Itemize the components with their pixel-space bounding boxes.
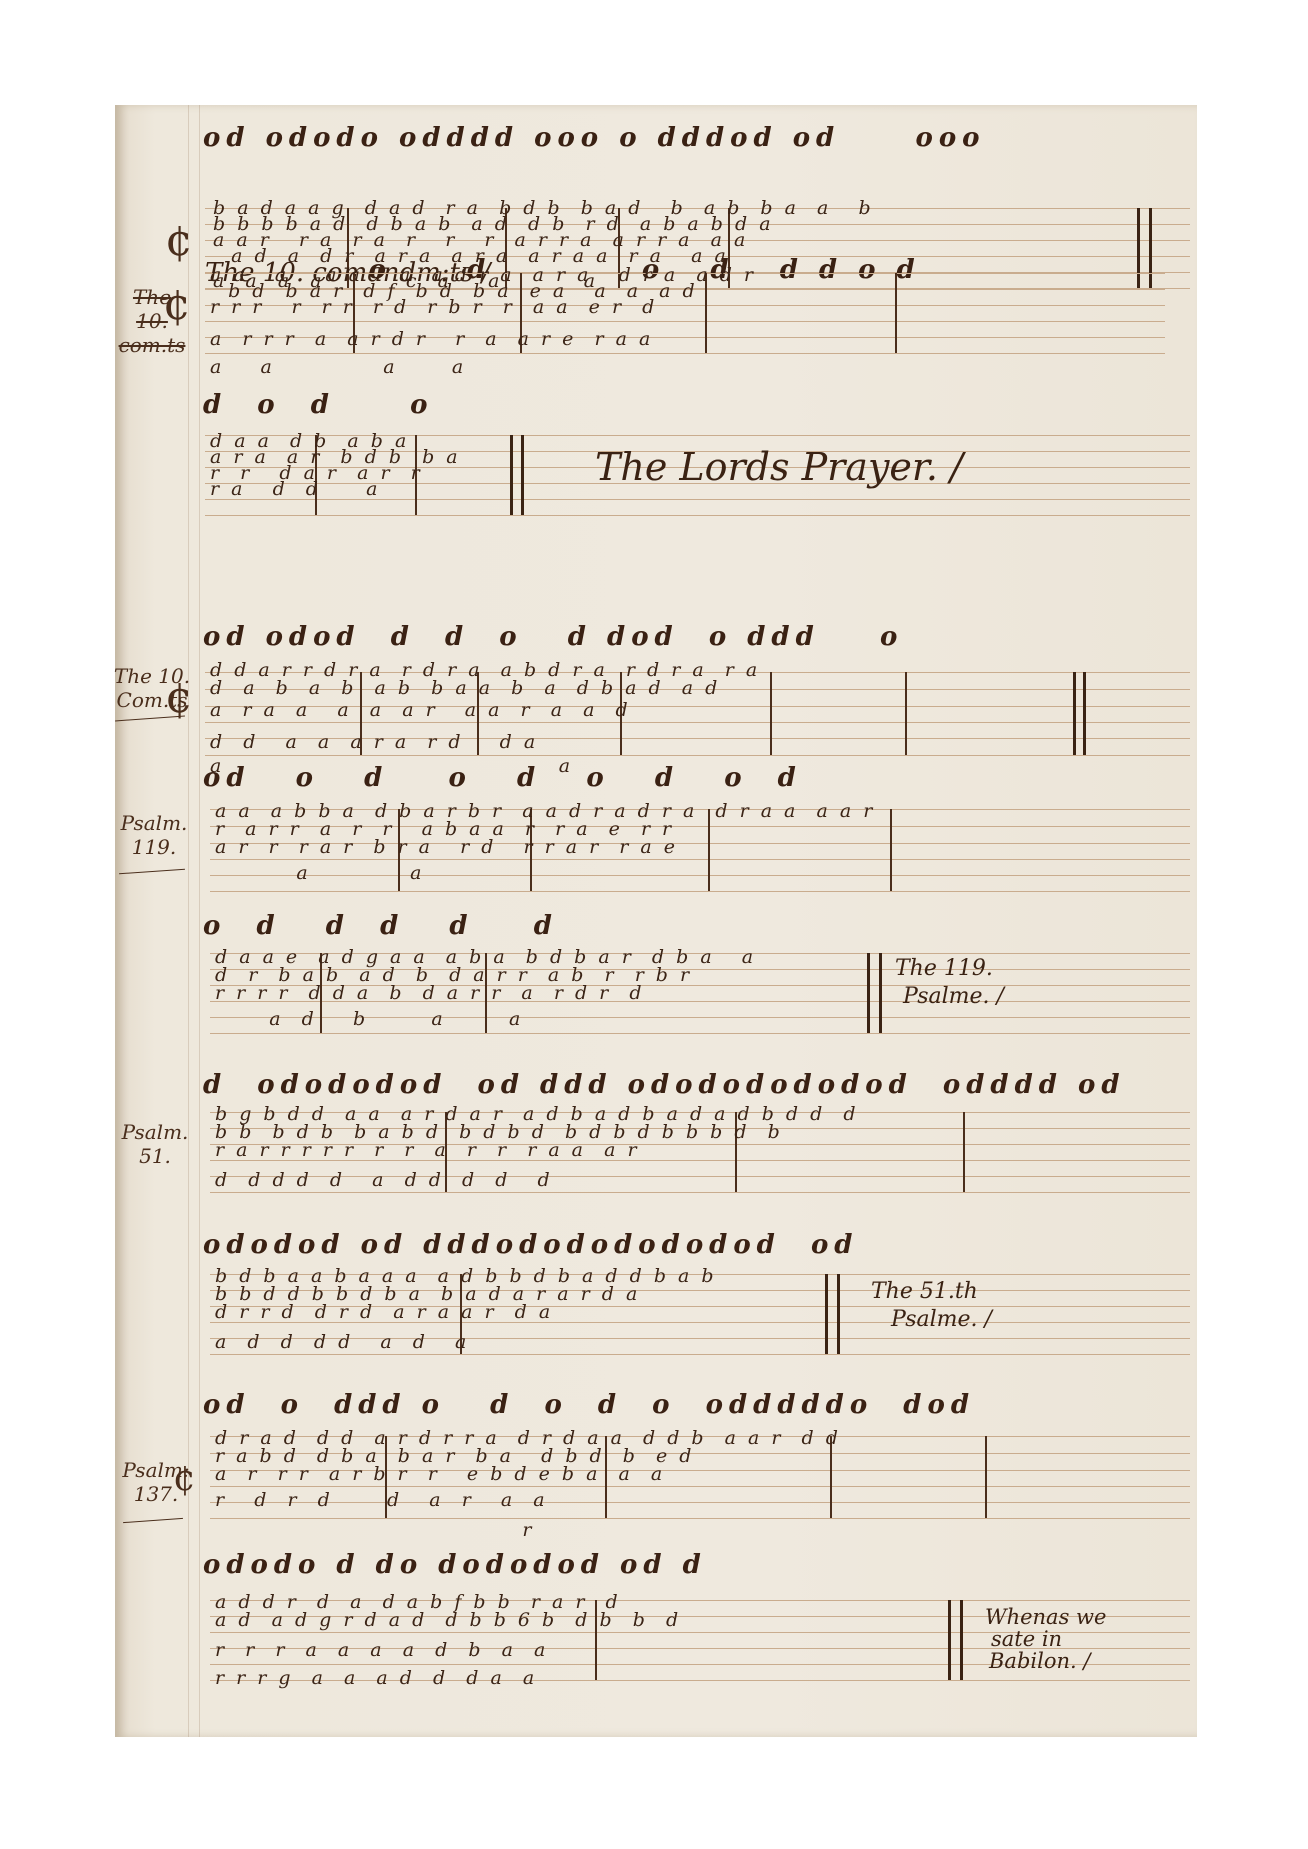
barline: [963, 1112, 965, 1192]
tab-course-3: a r r r a r b r a r d r r a r r a e: [215, 839, 678, 855]
final-barline: [879, 953, 882, 1033]
tab-course-5: a d b a a: [215, 1011, 523, 1027]
margin-rule: [199, 105, 200, 1737]
margin-label-psalm-51: Psalm. 51.: [115, 1120, 195, 1168]
staff-line: [205, 722, 1190, 723]
staff-line: [205, 515, 1190, 516]
tab-course-1: b d b a a b a a a a d b b d b a d d b a …: [215, 1268, 717, 1284]
rhythm-flags: od ododo odddd ooo o dddod od ooo: [203, 123, 986, 153]
tab-course-3: r r r r r r r d r b r r a a e r d: [210, 299, 657, 315]
label-underline: [119, 869, 185, 875]
label-underline: [123, 1518, 183, 1523]
tab-course-1: d a a e a d g a a a b a b d b a r d b a …: [215, 949, 756, 965]
end-title-psalm-119: The 119. Psalme. /: [895, 955, 1004, 1011]
rhythm-flags: od o d o d o d o d: [203, 763, 802, 793]
final-barline: [825, 1274, 828, 1354]
staff-line: [210, 891, 1190, 892]
tab-course-5: r d r d d a r a a: [215, 1492, 548, 1508]
rhythm-flags: od o ddd o d o d o odddddo dod: [203, 1390, 975, 1420]
barline: [770, 672, 772, 755]
tab-course-6: r r r g a a a d d d a a: [215, 1670, 537, 1686]
mensuration-sign: ¢: [165, 672, 193, 723]
rhythm-flags: ododod od dddodododododod od: [203, 1230, 858, 1260]
tab-course-5: a a: [215, 865, 424, 881]
mensuration-sign: ¢: [163, 279, 191, 330]
staff-line: [210, 1354, 1190, 1355]
end-title-psalm-137: Whenas we sate in Babilon. /: [985, 1606, 1106, 1672]
staff-line: [210, 1033, 1190, 1034]
staff-line: [205, 321, 1165, 322]
rhythm-flags: d odododod od ddd odododododod odddd od: [203, 1070, 1126, 1100]
tab-course-4: r r r a a a a d b a a: [215, 1642, 548, 1658]
tab-course-3: d r r d d r d a r a a r d a: [215, 1304, 553, 1320]
tab-course-1: b g b d d a a a r d a r a d b a d b a d …: [215, 1106, 859, 1122]
mensuration-sign: ¢: [165, 215, 193, 266]
tab-course-3: a r a a a a a r a a r a a d: [210, 702, 631, 718]
tab-course-3: a r r r a r b r r e b d e b a a a: [215, 1466, 665, 1482]
tab-course-5: d d a a a r a r d d a: [210, 734, 538, 750]
staff-line: [210, 1192, 1190, 1193]
barline: [985, 1436, 987, 1518]
tab-course-4: r a d d a: [210, 481, 381, 497]
final-barline: [1083, 672, 1086, 755]
tab-course-2: r a b d d b a b a r b a d b d b e d: [215, 1448, 694, 1464]
tab-course-5: a r r r a a r d r r a a r e r a a: [210, 331, 653, 347]
end-title-lords-prayer: The Lords Prayer. /: [595, 445, 963, 489]
mensuration-sign: ¢: [173, 1458, 196, 1499]
final-barline: [1073, 672, 1076, 755]
manuscript-page: od ododo odddd ooo o dddod od ooo ¢ b a …: [115, 105, 1197, 1737]
final-barline: [867, 953, 870, 1033]
tab-course-1: a d d r d a d a b f b b r a r d: [215, 1594, 621, 1610]
barline: [895, 273, 897, 353]
tab-course-5: d d d d d a d d d d d: [215, 1172, 553, 1188]
barline: [890, 809, 892, 891]
margin-label-psalm-119: Psalm. 119.: [113, 811, 195, 859]
tab-course-2: r a r r a r r a b a a r r a e r r: [215, 821, 674, 837]
rhythm-flags: od odod d d o d dod o ddd o: [203, 622, 903, 652]
final-barline: [960, 1600, 963, 1680]
tab-course-1: d r a d d d a r d r r a d r d a a d d b …: [215, 1430, 841, 1446]
final-barline: [948, 1600, 951, 1680]
tab-course-7: a a a a: [210, 359, 466, 375]
tab-course-5: a d d d d a d a: [215, 1334, 469, 1350]
staff-line: [205, 353, 1165, 354]
final-barline: [521, 435, 524, 515]
tab-course-2: a d a d g r d a d d b b 6 b d b b d: [215, 1612, 681, 1628]
tab-course-2: d r b a b a d b d a r r a b r r b r: [215, 967, 692, 983]
rhythm-flags: o d d d d d: [203, 911, 558, 941]
tab-course-2: b b d d b b d b a b a d a r a r d a: [215, 1286, 640, 1302]
barline: [905, 672, 907, 755]
end-title-psalm-51: The 51.th Psalme. /: [863, 1278, 992, 1334]
staff-line: [210, 1486, 1190, 1487]
tab-course-1: d d a r r d r a r d r a a b d r a r d r …: [210, 662, 760, 678]
tab-course-3: r r r r d d a b d a r r a r d r d: [215, 985, 645, 1001]
final-barline: [1149, 208, 1152, 288]
rhythm-flags: d o d o: [203, 390, 434, 420]
final-barline: [510, 435, 513, 515]
rhythm-flags: ododo d do dododod od d: [203, 1550, 707, 1580]
tab-course-3: r a r r r r r r r a r r r a a a r: [215, 1142, 640, 1158]
tab-course-2: b b b d b b a b d b d b d b d b d b b b …: [215, 1124, 783, 1140]
final-barline: [837, 1274, 840, 1354]
tab-course-1: a a a b b a d b a r b r a a d r a d r a …: [215, 803, 875, 819]
staff-line: [210, 859, 1190, 860]
final-barline: [1137, 208, 1140, 288]
tab-course-7: r: [215, 1522, 534, 1538]
tab-course-2: d a b a b a b b a a b a d b a d a d: [210, 680, 720, 696]
